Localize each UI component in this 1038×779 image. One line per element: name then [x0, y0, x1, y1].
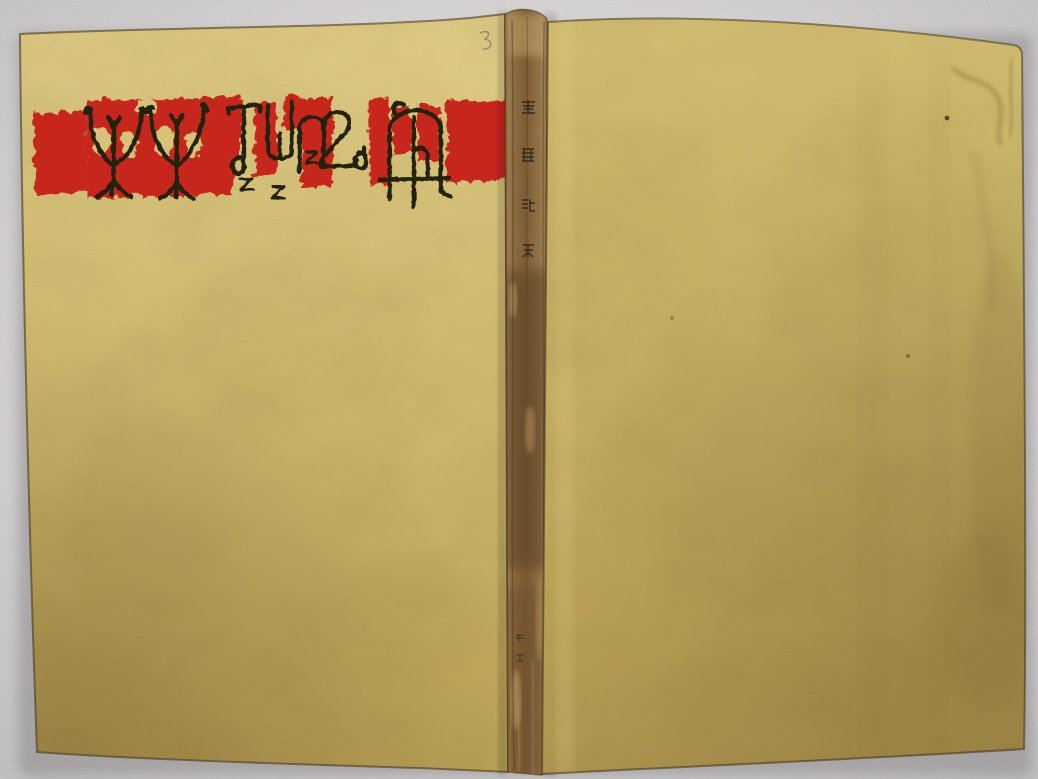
- dark-speck: [670, 316, 674, 320]
- dark-speck: [945, 116, 950, 121]
- front-cover-texture: [14, 10, 560, 779]
- book-photograph: [0, 0, 1038, 779]
- stain: [70, 420, 230, 620]
- back-cover: [480, 10, 1038, 779]
- stain: [550, 160, 730, 440]
- back-cover-texture: [480, 10, 1038, 779]
- stain: [660, 640, 940, 740]
- tonal-band: [930, 60, 948, 750]
- fold-highlight: [556, 20, 574, 774]
- stain: [300, 560, 500, 680]
- dark-speck: [906, 354, 910, 358]
- front-cover: [14, 10, 560, 779]
- stain: [180, 255, 420, 425]
- spine-texture: [505, 10, 547, 779]
- tonal-band: [860, 60, 886, 750]
- photo-stage: Aged paperback book photographed lying o…: [0, 0, 1038, 779]
- edge-stain: [945, 530, 1025, 710]
- spine: [505, 9, 547, 779]
- spine-valley-shadow-left: [498, 12, 507, 774]
